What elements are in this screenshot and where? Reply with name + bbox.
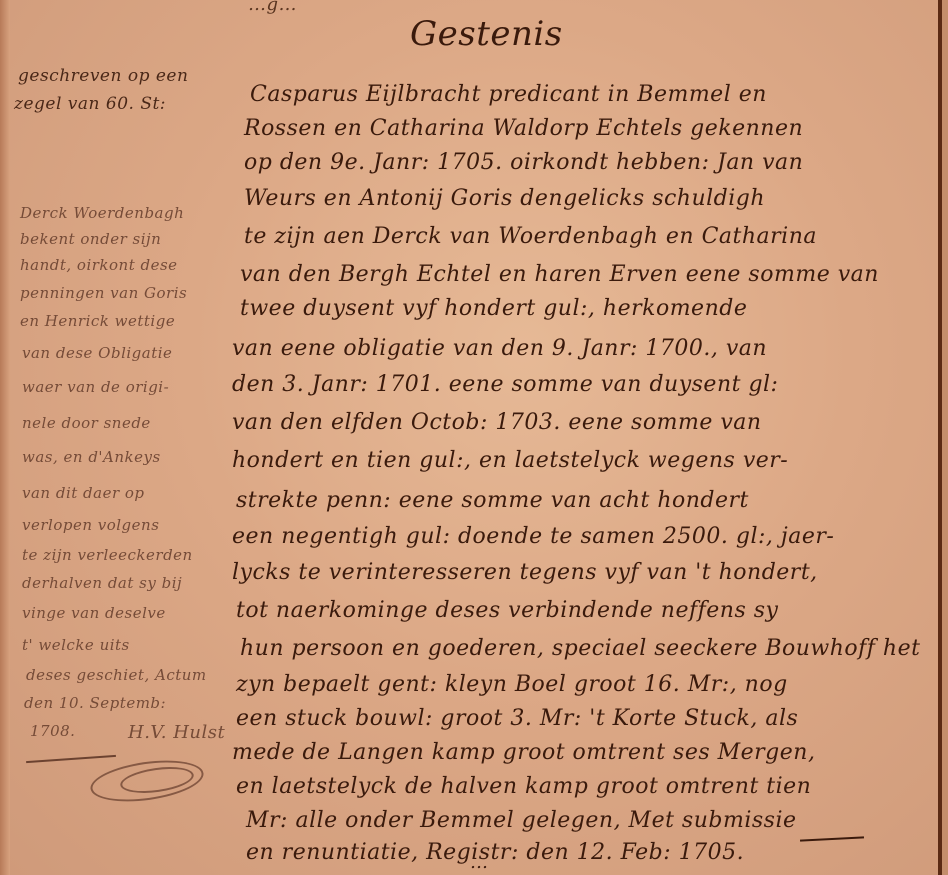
main-line: hondert en tien gul:, en laetstelyck weg… — [232, 448, 788, 473]
main-line: van eene obligatie van den 9. Janr: 1700… — [232, 336, 767, 361]
main-line: op den 9e. Janr: 1705. oirkondt hebben: … — [244, 150, 803, 175]
margin-header-line: zegel van 60. St: — [14, 94, 166, 114]
main-line: van den Bergh Echtel en haren Erven eene… — [240, 262, 879, 287]
main-line: Rossen en Catharina Waldorp Echtels geke… — [244, 116, 803, 141]
margin-note-line: t' welcke uits — [22, 636, 130, 654]
margin-signature: H.V. Hulst — [128, 722, 225, 743]
entry-title: Gestenis — [410, 14, 563, 54]
margin-note-line: en Henrick wettige — [20, 312, 175, 330]
main-line: van den elfden Octob: 1703. eene somme v… — [232, 410, 762, 435]
margin-note-line: Derck Woerdenbagh — [20, 204, 184, 222]
main-line: en renuntiatie, Registr: den 12. Feb: 17… — [246, 840, 744, 865]
margin-rule — [26, 755, 116, 763]
margin-header-line: geschreven op een — [18, 66, 188, 86]
main-line: lycks te verinteresseren tegens vyf van … — [232, 560, 818, 585]
top-fragment: …g… — [248, 0, 297, 15]
main-line: den 3. Janr: 1701. eene somme van duysen… — [232, 372, 778, 397]
bottom-fragment: … — [470, 852, 489, 873]
main-line: zyn bepaelt gent: kleyn Boel groot 16. M… — [236, 672, 788, 697]
main-line: Weurs en Antonij Goris dengelicks schuld… — [244, 186, 765, 211]
margin-note-line: handt, oirkont dese — [20, 256, 178, 274]
main-line: een stuck bouwl: groot 3. Mr: 't Korte S… — [236, 706, 798, 731]
margin-note-line: penningen van Goris — [20, 284, 187, 302]
main-line: mede de Langen kamp groot omtrent ses Me… — [232, 740, 815, 765]
margin-note-line: bekent onder sijn — [20, 230, 161, 248]
main-line: strekte penn: eene somme van acht honder… — [236, 488, 749, 513]
margin-note-line: van dit daer op — [22, 484, 145, 502]
margin-note-line: te zijn verleeckerden — [22, 546, 193, 564]
margin-note-line: vinge van deselve — [22, 604, 166, 622]
closing-rule — [800, 836, 864, 841]
margin-note-line: den 10. Septemb: — [24, 694, 166, 712]
page-right-strip — [942, 0, 948, 875]
main-line: en laetstelyck de halven kamp groot omtr… — [236, 774, 811, 799]
manuscript-page: …g… Gestenis geschreven op een zegel van… — [0, 0, 948, 875]
main-line: Mr: alle onder Bemmel gelegen, Met submi… — [246, 808, 797, 833]
main-line: te zijn aen Derck van Woerdenbagh en Cat… — [244, 224, 817, 249]
margin-note-line: deses geschiet, Actum — [26, 666, 207, 684]
main-line: Casparus Eijlbracht predicant in Bemmel … — [250, 82, 767, 107]
margin-note-line: 1708. — [30, 722, 75, 740]
main-line: een negentigh gul: doende te samen 2500.… — [232, 524, 834, 549]
margin-note-line: van dese Obligatie — [22, 344, 172, 362]
main-line: hun persoon en goederen, speciael seecke… — [240, 636, 920, 661]
margin-note-line: was, en d'Ankeys — [22, 448, 161, 466]
margin-note-line: waer van de origi- — [22, 378, 169, 396]
page-binding-edge — [938, 0, 942, 875]
margin-note-line: verlopen volgens — [22, 516, 159, 534]
page-left-edge — [0, 0, 10, 875]
main-line: twee duysent vyf hondert gul:, herkomend… — [240, 296, 747, 321]
margin-note-line: nele door snede — [22, 414, 151, 432]
margin-note-line: derhalven dat sy bij — [22, 574, 182, 592]
main-line: tot naerkominge deses verbindende neffen… — [236, 598, 778, 623]
